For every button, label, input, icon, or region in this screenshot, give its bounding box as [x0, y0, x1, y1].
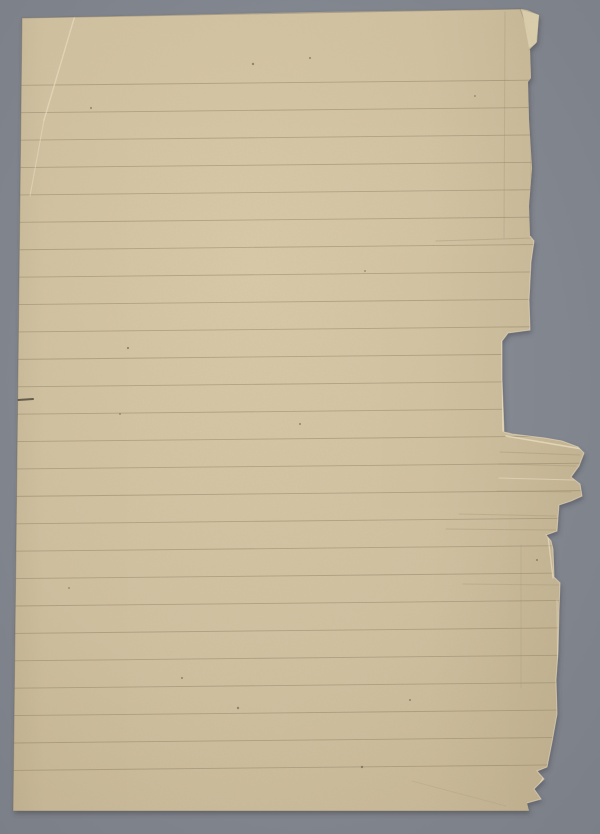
lined-paper-scan	[0, 0, 600, 834]
scan-photo	[0, 0, 600, 834]
